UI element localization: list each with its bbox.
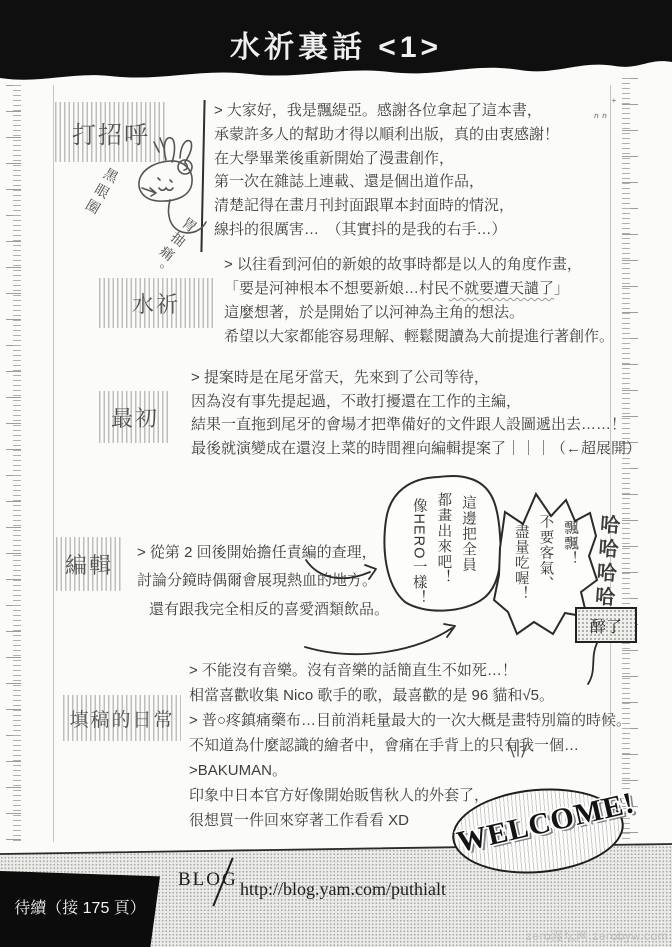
manga-afterword-page: 水祈裏話 <1> 打招呼 > 大家好，我是飄緹亞。感謝各位拿起了這本書， 承蒙許…	[0, 0, 672, 947]
blog-url: http://blog.yam.com/puthialt	[240, 879, 446, 900]
arrow-to-round-bubble	[306, 560, 376, 579]
section-label-daily: 填稿的日常	[63, 695, 181, 741]
drunk-tag: 醉了	[575, 607, 637, 643]
text-line: >BAKUMAN。	[189, 758, 631, 783]
bubble-line: 盡量吃喔！	[508, 514, 533, 636]
text-line: > 普○疼鎮痛藥布…目前消耗量最大的一次大概是畫特別篇的時候。	[189, 708, 631, 733]
text-line: > 不能沒有音樂。沒有音樂的話簡直生不如死…！	[189, 658, 631, 683]
blog-label: BLOG	[178, 869, 238, 891]
text-line: 相當喜歡收集 Nico 歌手的歌，最喜歡的是 96 貓和√5。	[189, 683, 631, 708]
watermark: zero漫坛网.zerobyw.com	[516, 927, 668, 944]
arrow-to-spiky-bubble	[305, 624, 455, 654]
bubble-line: 不要客氣、	[533, 514, 558, 636]
bubble-line: 這邊把全員	[455, 492, 480, 610]
bubble-line: 都畫出來吧！	[431, 492, 456, 610]
spiky-bubble-text: 飄飄！ 不要客氣、 盡量吃喔！	[512, 514, 582, 636]
round-bubble-text: 這邊把全員 都畫出來吧！ 像HERO一樣！	[402, 492, 480, 610]
text-line: 不知道為什麼認識的繪者中，會痛在手背上的只有我一個…	[189, 733, 631, 758]
section-label-text: 填稿的日常	[69, 705, 174, 732]
continued-banner: 待續（接 175 頁）	[0, 871, 160, 947]
bubble-line: 像HERO一樣！	[406, 492, 431, 610]
